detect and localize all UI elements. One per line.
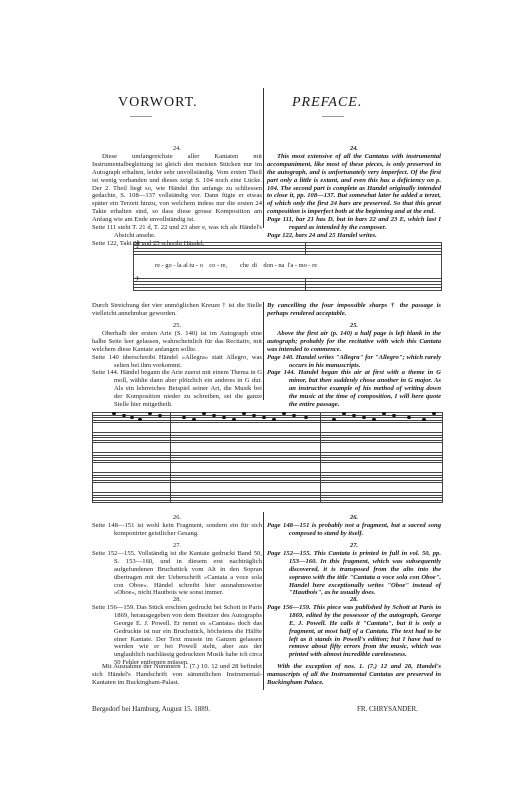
section-28-en: 28. Page 156—159. This piece was publish… [267, 596, 441, 659]
place-date: Bergedorf bei Hamburg, August 15. 1889. [92, 705, 210, 713]
paragraph: Oberhalb der ersten Arie (S. 140) ist im… [92, 330, 262, 354]
paragraph: This most extensive of all the Cantatas … [267, 153, 441, 216]
section-number: 25. [92, 322, 262, 330]
section-24-en: 24. This most extensive of all the Canta… [267, 145, 441, 240]
preface-page: VORWORT. PREFACE. 24. Diese umfangreichs… [0, 0, 523, 800]
closing-de: Mit Ausnahme der Nummern 1. (7.) 10. 12 … [92, 663, 262, 687]
section-number: 26. [267, 514, 441, 522]
section-number: 28. [92, 596, 262, 604]
paragraph: Page 152—155. This Cantata is printed in… [267, 550, 441, 597]
paragraph: Seite 152—155. Vollständig ist die Kanta… [92, 550, 262, 597]
signature: FR. CHRYSANDER. [357, 705, 418, 713]
paragraph: By cancelling the four impossible sharps… [267, 302, 441, 318]
section-27-de: 27. Seite 152—155. Vollständig ist die K… [92, 542, 262, 597]
music-example-2 [92, 408, 442, 508]
bass-clef-icon: 𝄢 [135, 277, 139, 285]
paragraph: Page 156—159. This piece was published b… [267, 604, 441, 659]
paragraph: Above the first air (p. 140) a half page… [267, 330, 441, 354]
column-divider [263, 302, 264, 400]
title-ornament-en [322, 116, 344, 117]
section-25-en: 25. Above the first air (p. 140) a half … [267, 322, 441, 409]
paragraph: Seite 140 überschreibt Händel »Allegra« … [92, 354, 262, 370]
paragraph: Page 111, bar 21 has D, but in bars 22 a… [267, 216, 441, 232]
title-preface: PREFACE. [292, 95, 362, 111]
column-divider [263, 88, 264, 228]
title-ornament-de [130, 116, 152, 117]
lyrics: re - go - la al tu - o co - re, che di d… [155, 262, 317, 269]
section-25-de: 25. Oberhalb der ersten Arie (S. 140) is… [92, 322, 262, 409]
paragraph: Seite 148—151 ist wohl kein Fragment, so… [92, 522, 262, 538]
column-divider [263, 512, 264, 690]
paragraph: Mit Ausnahme der Nummern 1. (7.) 10. 12 … [92, 663, 262, 687]
section-26-en: 26. Page 148—151 is probably not a fragm… [267, 514, 441, 538]
paragraph: Seite 144. Händel begann die Arie zuerst… [92, 369, 262, 409]
section-number: 24. [267, 145, 441, 153]
section-number: 26. [92, 514, 262, 522]
paragraph: Page 148—151 is probably not a fragment,… [267, 522, 441, 538]
section-number: 25. [267, 322, 441, 330]
title-vorwort: VORWORT. [118, 95, 198, 111]
paragraph: Page 140. Handel writes "Allegra" for "A… [267, 354, 441, 370]
section-28-de: 28. Seite 156—159. Das Stück erschien ge… [92, 596, 262, 667]
section-number: 28. [267, 596, 441, 604]
paragraph: With the exception of nos. 1. (7.) 12 an… [267, 663, 441, 687]
section-number: 27. [267, 542, 441, 550]
music-example-1: 𝄞 𝄢 re - go - la al tu - o co - re, che … [133, 238, 442, 298]
paragraph: Seite 156—159. Das Stück erschien gedruc… [92, 604, 262, 667]
after-example-de: Durch Streichung der vier unmöglichen Kr… [92, 302, 262, 318]
section-number: 24. [92, 145, 262, 153]
paragraph: Durch Streichung der vier unmöglichen Kr… [92, 302, 262, 318]
section-24-de: 24. Diese umfangreichste aller Kantaten … [92, 145, 262, 248]
after-example-en: By cancelling the four impossible sharps… [267, 302, 441, 318]
closing-en: With the exception of nos. 1. (7.) 12 an… [267, 663, 441, 687]
section-26-de: 26. Seite 148—151 ist wohl kein Fragment… [92, 514, 262, 538]
section-number: 27. [92, 542, 262, 550]
paragraph: Page 144. Handel began this air at first… [267, 369, 441, 409]
treble-clef-icon: 𝄞 [135, 241, 139, 249]
paragraph: Diese umfangreichste aller Kantaten mit … [92, 153, 262, 224]
section-27-en: 27. Page 152—155. This Cantata is printe… [267, 542, 441, 597]
